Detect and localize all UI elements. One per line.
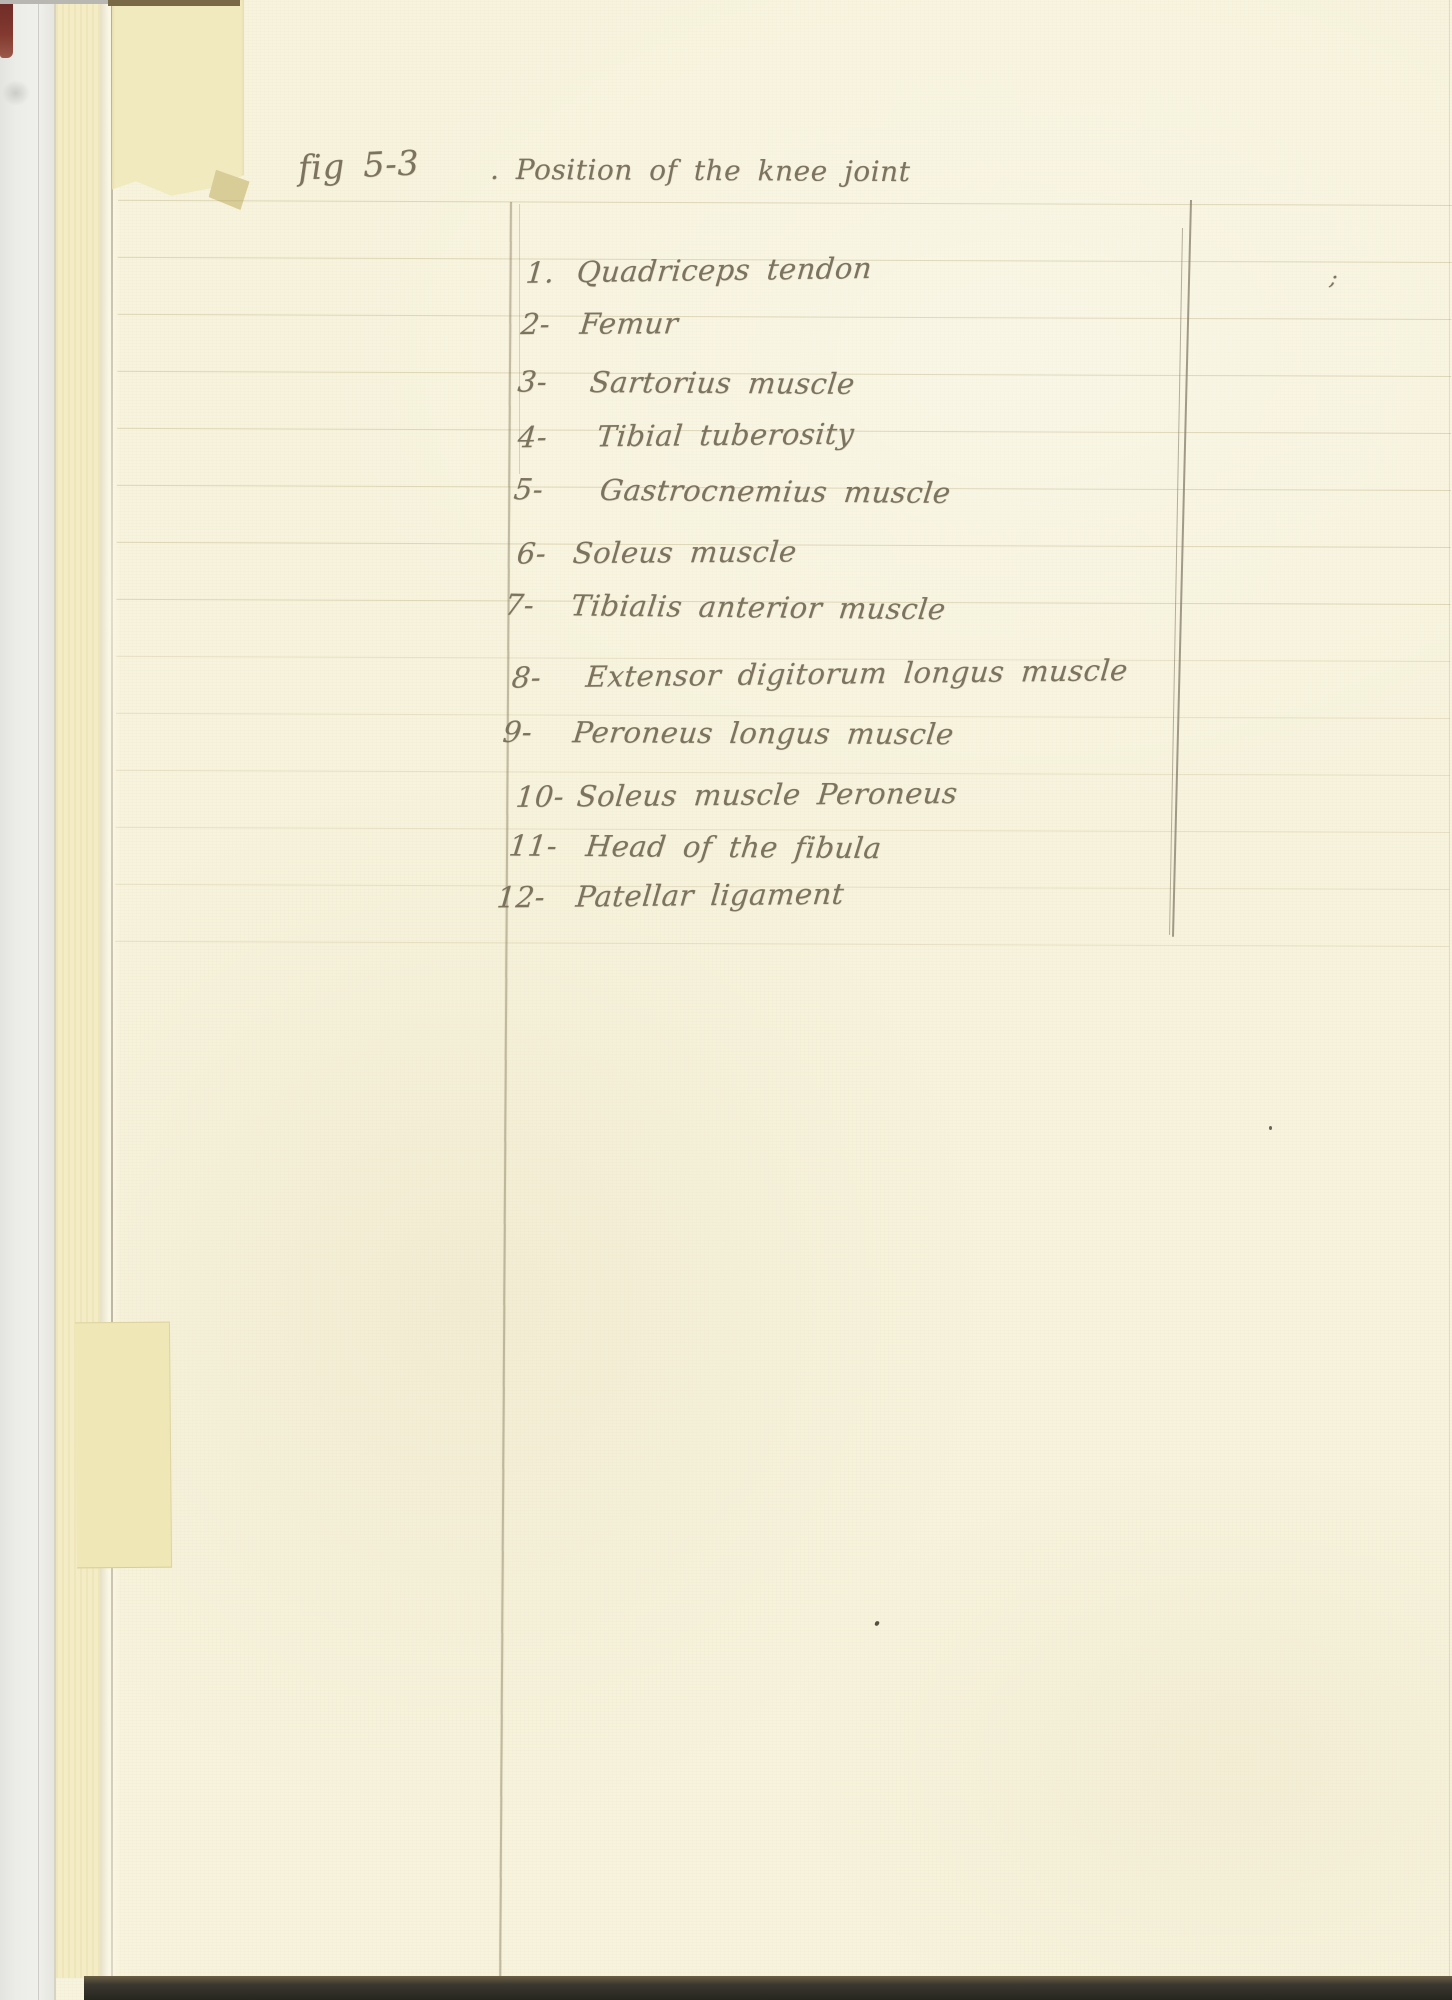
rule-line bbox=[118, 200, 1452, 206]
item-number: 12- bbox=[495, 880, 546, 915]
figure-label: fig 5-3 bbox=[297, 143, 420, 188]
item-text: Gastrocnemius muscle bbox=[598, 473, 953, 510]
corner-binding-mark bbox=[0, 0, 13, 58]
item-text: Head of the fibula bbox=[584, 829, 883, 865]
scan-bottom-edge bbox=[84, 1976, 1452, 2000]
item-text: Sartorius muscle bbox=[588, 365, 857, 401]
scanned-notebook-page: fig 5-3 . Position of the knee joint 1. … bbox=[0, 0, 1452, 2000]
item-number: 11- bbox=[507, 828, 559, 862]
item-number: 7- bbox=[503, 588, 536, 622]
item-number: 10- bbox=[514, 779, 565, 813]
right-page-edge bbox=[1449, 0, 1450, 2000]
item-text: Soleus muscle bbox=[571, 534, 798, 570]
item-number: 8- bbox=[510, 660, 542, 694]
item-text: Quadriceps tendon bbox=[575, 251, 873, 289]
item-text: Tibial tuberosity bbox=[595, 417, 856, 454]
item-text: Patellar ligament bbox=[574, 877, 845, 914]
item-text: Soleus muscle Peroneus bbox=[575, 776, 959, 813]
edge-smudge bbox=[2, 80, 30, 106]
list-item: 2- Femur bbox=[0, 302, 1452, 354]
item-text: Peroneus longus muscle bbox=[571, 715, 956, 751]
figure-caption: . Position of the knee joint bbox=[490, 153, 911, 188]
item-number: 6- bbox=[515, 536, 548, 570]
item-number: 9- bbox=[501, 715, 534, 749]
list-item: 9- Peroneus longus muscle bbox=[0, 712, 1452, 764]
item-text: Extensor digitorum longus muscle bbox=[584, 653, 1129, 694]
item-number: 3- bbox=[516, 365, 549, 399]
item-number: 4- bbox=[516, 420, 548, 454]
rule-line bbox=[115, 941, 1449, 947]
scan-top-edge bbox=[0, 0, 108, 4]
scan-top-edge-dark bbox=[108, 0, 240, 6]
item-number: 5- bbox=[512, 472, 545, 506]
paper-speck bbox=[1269, 1126, 1272, 1130]
item-number: 1. bbox=[524, 255, 556, 289]
item-number: 2- bbox=[519, 307, 552, 341]
item-text: Tibialis anterior muscle bbox=[569, 588, 948, 626]
item-text: Femur bbox=[578, 306, 680, 341]
